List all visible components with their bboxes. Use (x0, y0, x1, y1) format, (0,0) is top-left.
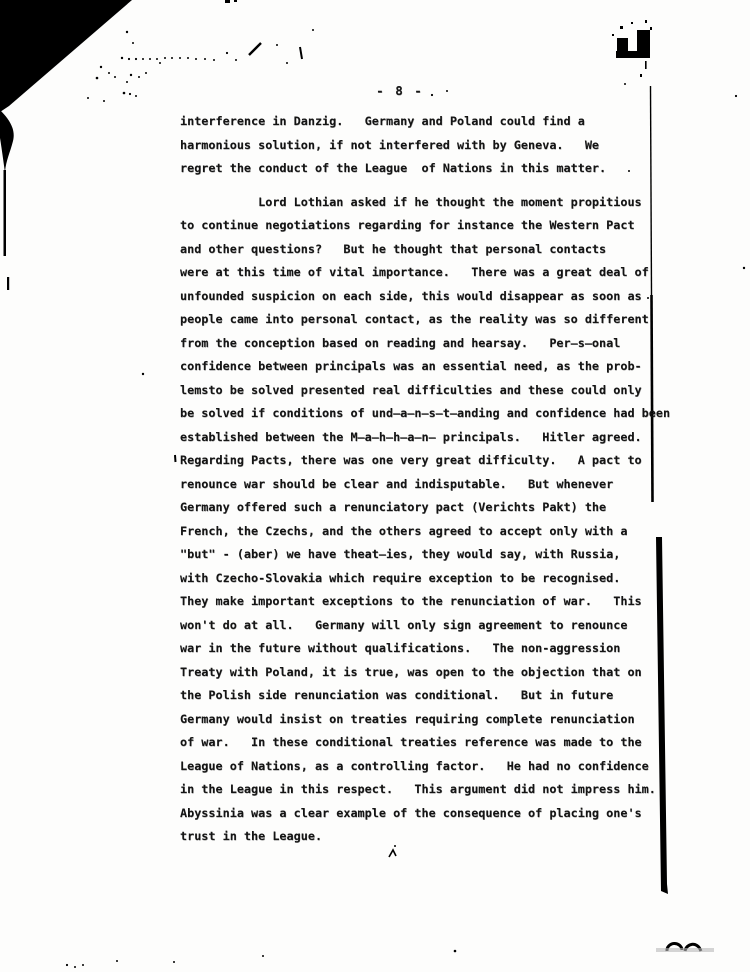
page-number: - 8 - (360, 83, 440, 98)
text-line: in the League in this respect. This argu… (180, 778, 680, 802)
text-line: were at this time of vital importance. T… (180, 261, 680, 285)
text-line: renounce war should be clear and indispu… (180, 473, 680, 497)
text-line: be solved if conditions of und̶a̶n̶s̶t̶a… (180, 402, 680, 426)
bottom-right-marks (667, 944, 701, 951)
text-line: They make important exceptions to the re… (180, 590, 680, 614)
text-line: of war. In these conditional treaties re… (180, 731, 680, 755)
text-line: Germany would insist on treaties requiri… (180, 708, 680, 732)
text-line: Germany offered such a renunciatory pact… (180, 496, 680, 520)
text-line: won't do at all. Germany will only sign … (180, 614, 680, 638)
text-line: the Polish side renunciation was conditi… (180, 684, 680, 708)
text-line: French, the Czechs, and the others agree… (180, 520, 680, 544)
text-line: lemsto be solved presented real difficul… (180, 379, 680, 403)
text-line: to continue negotiations regarding for i… (180, 214, 680, 238)
text-line: Lord Lothian asked if he thought the mom… (180, 191, 680, 215)
text-line: Treaty with Poland, it is true, was open… (180, 661, 680, 685)
text-line: people came into personal contact, as th… (180, 308, 680, 332)
document-lines: interference in Danzig. Germany and Pola… (180, 110, 680, 849)
text-line: Abyssinia was a clear example of the con… (180, 802, 680, 826)
text-line: war in the future without qualifications… (180, 637, 680, 661)
bottom-right-smudge (656, 948, 714, 952)
scanned-document-page: - 8 - interference in Danzig. Germany an… (0, 0, 750, 972)
text-line: and other questions? But he thought that… (180, 238, 680, 262)
text-line: interference in Danzig. Germany and Pola… (180, 110, 680, 134)
text-line: "but" - (aber) we have theat̶ies, they w… (180, 543, 680, 567)
text-line: regret the conduct of the League of Nati… (180, 157, 680, 181)
text-line: with Czecho-Slovakia which require excep… (180, 567, 680, 591)
text-line: unfounded suspicion on each side, this w… (180, 285, 680, 309)
text-line: established between the M̶a̶h̶h̶a̶n̶ pri… (180, 426, 680, 450)
text-line: from the conception based on reading and… (180, 332, 680, 356)
text-line: confidence between principals was an ess… (180, 355, 680, 379)
top-right-stain (612, 20, 652, 77)
text-line: harmonious solution, if not interfered w… (180, 134, 680, 158)
text-line: League of Nations, as a controlling fact… (180, 755, 680, 779)
text-line: Regarding Pacts, there was one very grea… (180, 449, 680, 473)
text-line: trust in the League. (180, 825, 680, 849)
